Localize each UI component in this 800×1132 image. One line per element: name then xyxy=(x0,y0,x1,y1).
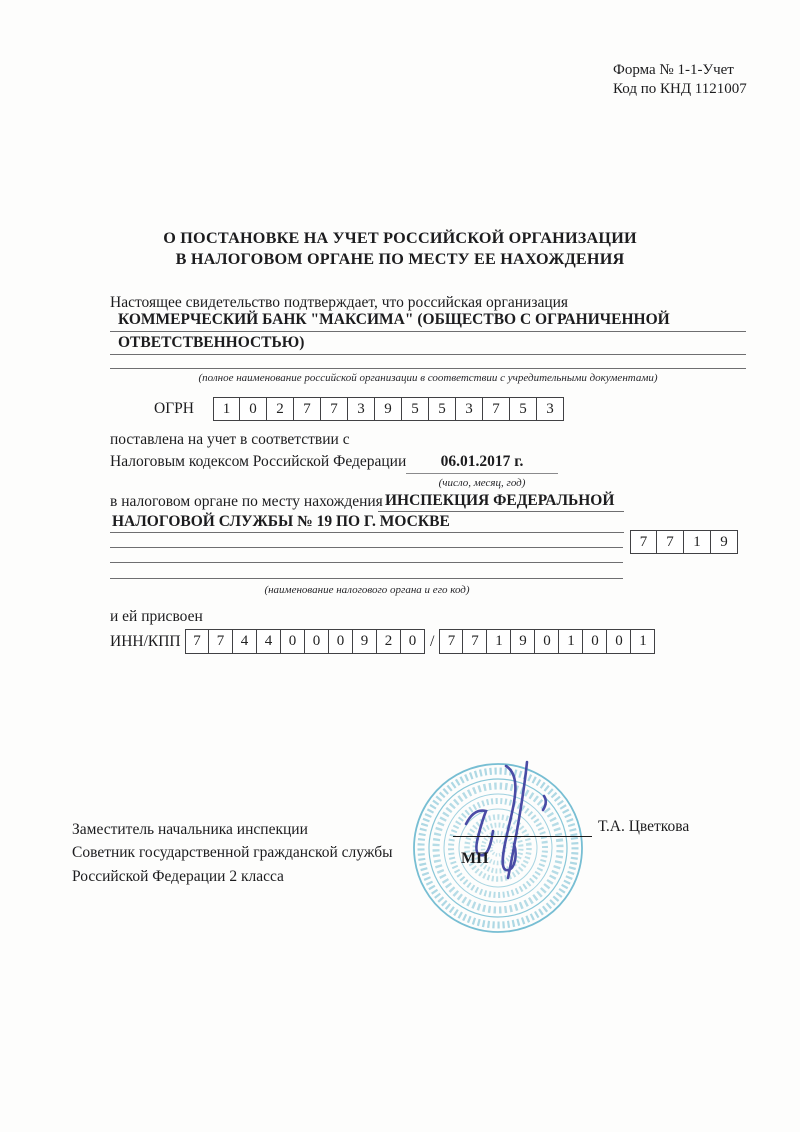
authority-blank-line-1 xyxy=(110,547,623,548)
kpp-digit-boxes: 771901001 xyxy=(439,629,655,654)
registration-date-caption: (число, месяц, год) xyxy=(406,477,558,489)
digit-cell: 0 xyxy=(281,629,305,654)
authority-code-boxes: 7719 xyxy=(630,530,738,554)
ogrn-label: ОГРН xyxy=(154,400,194,418)
tax-registration-certificate: Форма № 1-1-Учет Код по КНД 1121007 О ПО… xyxy=(0,0,800,1132)
digit-cell: 5 xyxy=(510,397,537,421)
digit-cell: 3 xyxy=(348,397,375,421)
registration-date-field: 06.01.2017 г. xyxy=(406,453,558,474)
knd-code: Код по КНД 1121007 xyxy=(613,80,747,99)
organization-name-caption: (полное наименование российской организа… xyxy=(110,372,746,384)
digit-cell: 7 xyxy=(630,530,657,554)
digit-cell: 5 xyxy=(402,397,429,421)
inn-digit-boxes: 7744000920 xyxy=(185,629,425,654)
digit-cell: 3 xyxy=(456,397,483,421)
signature-line xyxy=(453,836,592,837)
digit-cell: 4 xyxy=(257,629,281,654)
digit-cell: 2 xyxy=(267,397,294,421)
document-title-line1: О ПОСТАНОВКЕ НА УЧЕТ РОССИЙСКОЙ ОРГАНИЗА… xyxy=(0,228,800,249)
form-code-block: Форма № 1-1-Учет Код по КНД 1121007 xyxy=(613,61,747,99)
digit-cell: 3 xyxy=(537,397,564,421)
digit-cell: 1 xyxy=(631,629,655,654)
official-title-line1: Заместитель начальника инспекции xyxy=(72,818,393,841)
organization-name-line2: ОТВЕТСТВЕННОСТЬЮ) xyxy=(110,334,746,355)
signer-name: Т.А. Цветкова xyxy=(598,818,689,836)
digit-cell: 7 xyxy=(463,629,487,654)
inn-kpp-slash: / xyxy=(425,633,439,651)
digit-cell: 5 xyxy=(429,397,456,421)
digit-cell: 9 xyxy=(511,629,535,654)
digit-cell: 7 xyxy=(185,629,209,654)
digit-cell: 0 xyxy=(329,629,353,654)
document-title-line2: В НАЛОГОВОМ ОРГАНЕ ПО МЕСТУ ЕЕ НАХОЖДЕНИ… xyxy=(0,249,800,270)
registered-text-line2: Налоговым кодексом Российской Федерации xyxy=(110,453,406,471)
handwritten-signature xyxy=(448,752,578,892)
digit-cell: 7 xyxy=(294,397,321,421)
official-title-line2: Советник государственной гражданской слу… xyxy=(72,841,393,864)
ogrn-digit-boxes: 1027739553753 xyxy=(213,397,564,421)
digit-cell: 7 xyxy=(657,530,684,554)
digit-cell: 7 xyxy=(321,397,348,421)
registered-text-line1: поставлена на учет в соответствии с xyxy=(110,431,350,449)
authority-blank-line-2 xyxy=(110,562,623,563)
digit-cell: 0 xyxy=(583,629,607,654)
authority-caption: (наименование налогового органа и его ко… xyxy=(110,584,624,596)
organization-name-line1: КОММЕРЧЕСКИЙ БАНК "МАКСИМА" (ОБЩЕСТВО С … xyxy=(110,311,746,332)
authority-name-line2: НАЛОГОВОЙ СЛУЖБЫ № 19 ПО Г. МОСКВЕ xyxy=(110,513,624,533)
digit-cell: 2 xyxy=(377,629,401,654)
digit-cell: 1 xyxy=(684,530,711,554)
digit-cell: 0 xyxy=(305,629,329,654)
intro-text: Настоящее свидетельство подтверждает, чт… xyxy=(110,294,568,312)
official-title-block: Заместитель начальника инспекции Советни… xyxy=(72,818,393,888)
digit-cell: 1 xyxy=(213,397,240,421)
digit-cell: 4 xyxy=(233,629,257,654)
organization-name-blank-line xyxy=(110,356,746,369)
seal-place-label: МП xyxy=(461,850,489,868)
digit-cell: 0 xyxy=(607,629,631,654)
digit-cell: 7 xyxy=(439,629,463,654)
digit-cell: 7 xyxy=(483,397,510,421)
assigned-intro-text: и ей присвоен xyxy=(110,608,203,626)
signature-graphic xyxy=(448,752,578,892)
digit-cell: 9 xyxy=(353,629,377,654)
inn-kpp-label: ИНН/КПП xyxy=(110,633,181,651)
form-number: Форма № 1-1-Учет xyxy=(613,61,747,80)
digit-cell: 0 xyxy=(535,629,559,654)
authority-name-line1: ИНСПЕКЦИЯ ФЕДЕРАЛЬНОЙ xyxy=(378,492,624,512)
digit-cell: 7 xyxy=(209,629,233,654)
authority-intro-text: в налоговом органе по месту нахождения xyxy=(110,493,383,511)
authority-blank-line-3 xyxy=(110,578,623,579)
digit-cell: 0 xyxy=(240,397,267,421)
inn-kpp-row: 7744000920 / 771901001 xyxy=(185,629,655,654)
official-title-line3: Российской Федерации 2 класса xyxy=(72,865,393,888)
digit-cell: 9 xyxy=(711,530,738,554)
digit-cell: 0 xyxy=(401,629,425,654)
digit-cell: 1 xyxy=(559,629,583,654)
digit-cell: 9 xyxy=(375,397,402,421)
document-title: О ПОСТАНОВКЕ НА УЧЕТ РОССИЙСКОЙ ОРГАНИЗА… xyxy=(0,228,800,269)
digit-cell: 1 xyxy=(487,629,511,654)
